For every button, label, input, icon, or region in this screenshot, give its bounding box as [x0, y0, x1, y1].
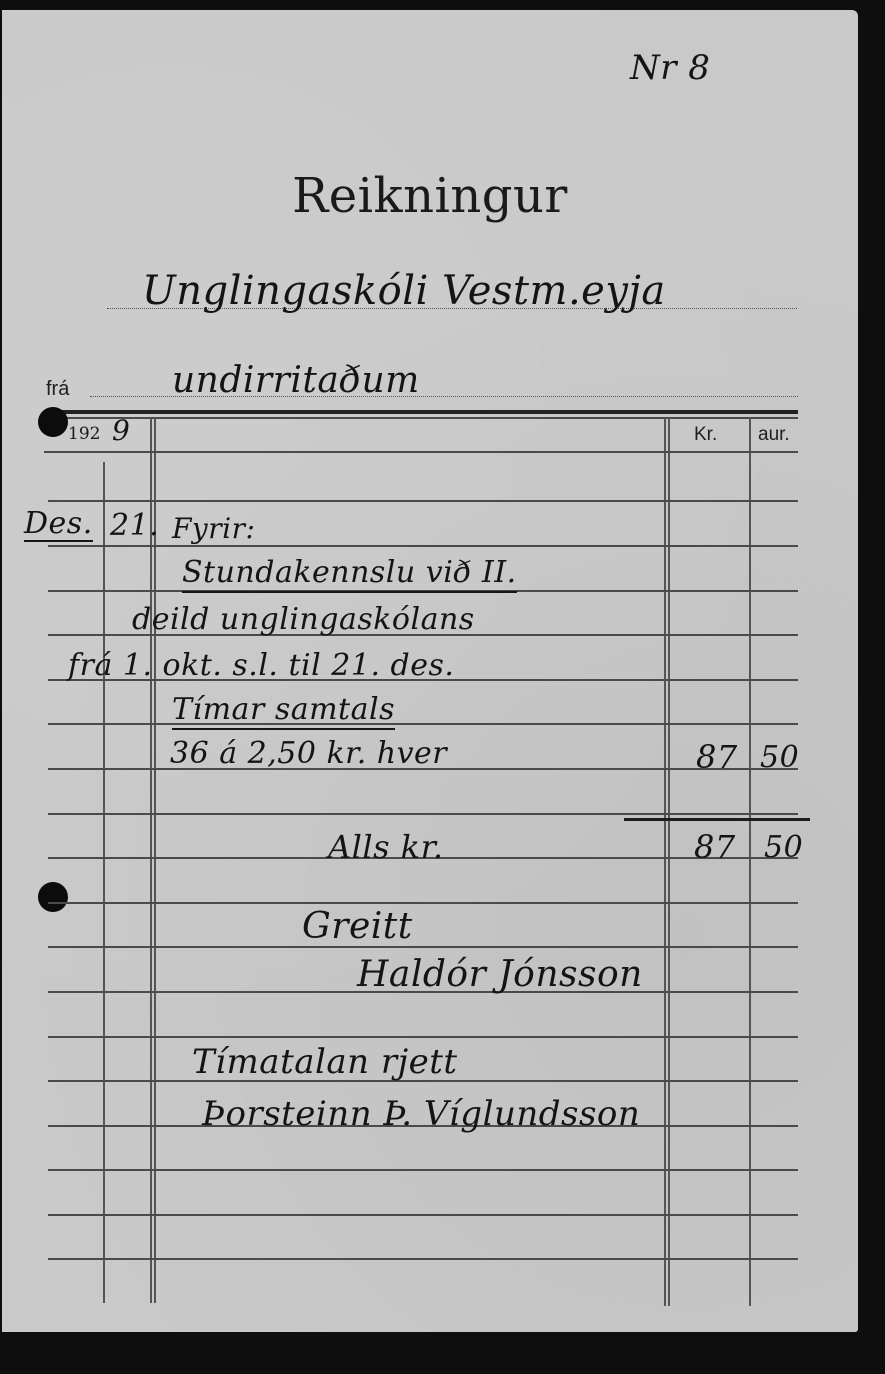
- entry-date-month: Des.: [24, 508, 93, 542]
- entry-amount-aur: 50: [760, 740, 799, 775]
- header-rule: [44, 410, 798, 414]
- recipient: Unglingaskóli Vestm.eyja: [142, 268, 666, 314]
- entry-line: frá 1. okt. s.l. til 21. des.: [68, 648, 454, 683]
- page-title: Reikningur: [2, 168, 858, 224]
- paid-signature: Haldór Jónsson: [357, 954, 643, 995]
- entry-date-day: 21.: [110, 508, 159, 543]
- column-header-kr: Kr.: [694, 424, 717, 446]
- sender: undirritaðum: [172, 360, 420, 401]
- entry-line: Stundakennslu við II.: [182, 555, 517, 593]
- row-rule: [48, 723, 798, 725]
- punch-hole-bottom: [38, 882, 68, 912]
- entry-line: Fyrir:: [172, 512, 255, 545]
- entry-amount-kr: 87: [696, 738, 738, 776]
- punch-hole-top: [38, 407, 68, 437]
- entry-line: Tímar samtals: [172, 692, 395, 730]
- row-rule: [48, 902, 798, 904]
- row-rule: [48, 813, 798, 815]
- verification-note: Tímatalan rjett: [192, 1042, 458, 1082]
- column-header-aur: aur.: [758, 424, 790, 446]
- total-rule: [624, 818, 810, 821]
- entry-line: deild unglingaskólans: [132, 602, 475, 637]
- row-rule: [48, 1214, 798, 1216]
- invoice-sheet: Nr 8 Reikningur Unglingaskóli Vestm.eyja…: [2, 10, 858, 1332]
- total-label: Alls kr.: [328, 828, 444, 866]
- total-amount-kr: 87: [694, 828, 736, 866]
- row-rule: [48, 1036, 798, 1038]
- paid-label: Greitt: [302, 906, 413, 947]
- row-rule: [48, 545, 798, 547]
- col-rule-kr-left: [664, 418, 666, 1306]
- col-rule-day: [103, 462, 105, 1303]
- row-rule: [48, 500, 798, 502]
- row-rule: [48, 1258, 798, 1260]
- col-rule-aur: [749, 418, 751, 1306]
- year-prefix: 192: [68, 424, 100, 444]
- total-amount-aur: 50: [764, 830, 803, 865]
- row-rule: [48, 946, 798, 948]
- col-rule-kr-right: [668, 418, 670, 1306]
- row-rule: [44, 451, 798, 453]
- row-rule: [48, 1169, 798, 1171]
- entry-line: 36 á 2,50 kr. hver: [170, 736, 447, 771]
- year-suffix: 9: [112, 414, 130, 447]
- verifier-signature: Þorsteinn Þ. Víglundsson: [202, 1094, 640, 1134]
- header-rule-thin: [44, 417, 798, 419]
- invoice-number: Nr 8: [630, 48, 710, 88]
- from-label: frá: [46, 378, 69, 401]
